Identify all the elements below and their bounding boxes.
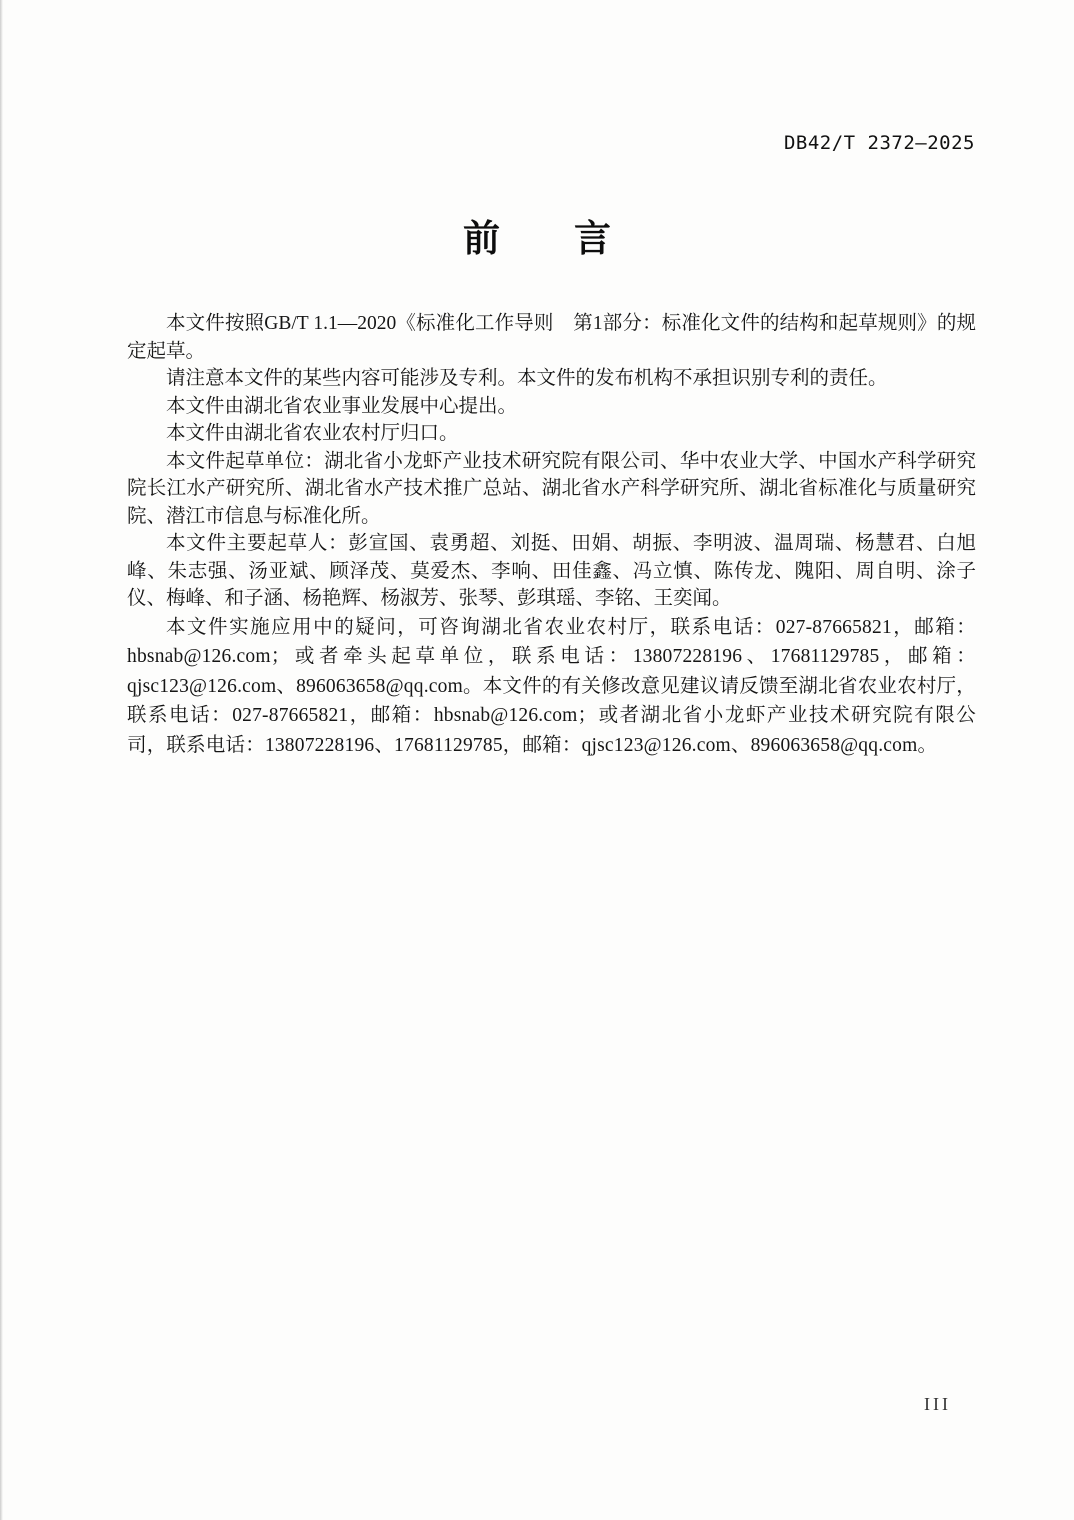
paragraph-patent-notice: 请注意本文件的某些内容可能涉及专利。本文件的发布机构不承担识别专利的责任。 — [127, 365, 976, 393]
foreword-body: 本文件按照GB/T 1.1—2020《标准化工作导则 第1部分：标准化文件的结构… — [127, 310, 976, 760]
paragraph-centralized-by: 本文件由湖北省农业农村厅归口。 — [127, 420, 976, 448]
paragraph-proposed-by: 本文件由湖北省农业事业发展中心提出。 — [127, 393, 976, 421]
document-page: DB42/T 2372—2025 前 言 本文件按照GB/T 1.1—2020《… — [0, 0, 1074, 1520]
paragraph-drafting-rules: 本文件按照GB/T 1.1—2020《标准化工作导则 第1部分：标准化文件的结构… — [127, 310, 976, 365]
page-number: III — [924, 1394, 951, 1415]
standard-doc-number: DB42/T 2372—2025 — [784, 132, 975, 154]
paragraph-drafting-organizations: 本文件起草单位：湖北省小龙虾产业技术研究院有限公司、华中农业大学、中国水产科学研… — [127, 448, 976, 531]
paragraph-contact-info: 本文件实施应用中的疑问，可咨询湖北省农业农村厅，联系电话：027-8766582… — [127, 613, 976, 761]
paragraph-main-drafters: 本文件主要起草人：彭宣国、袁勇超、刘挺、田娟、胡振、李明波、温周瑞、杨慧君、白旭… — [127, 530, 976, 613]
foreword-title: 前 言 — [0, 216, 1074, 262]
